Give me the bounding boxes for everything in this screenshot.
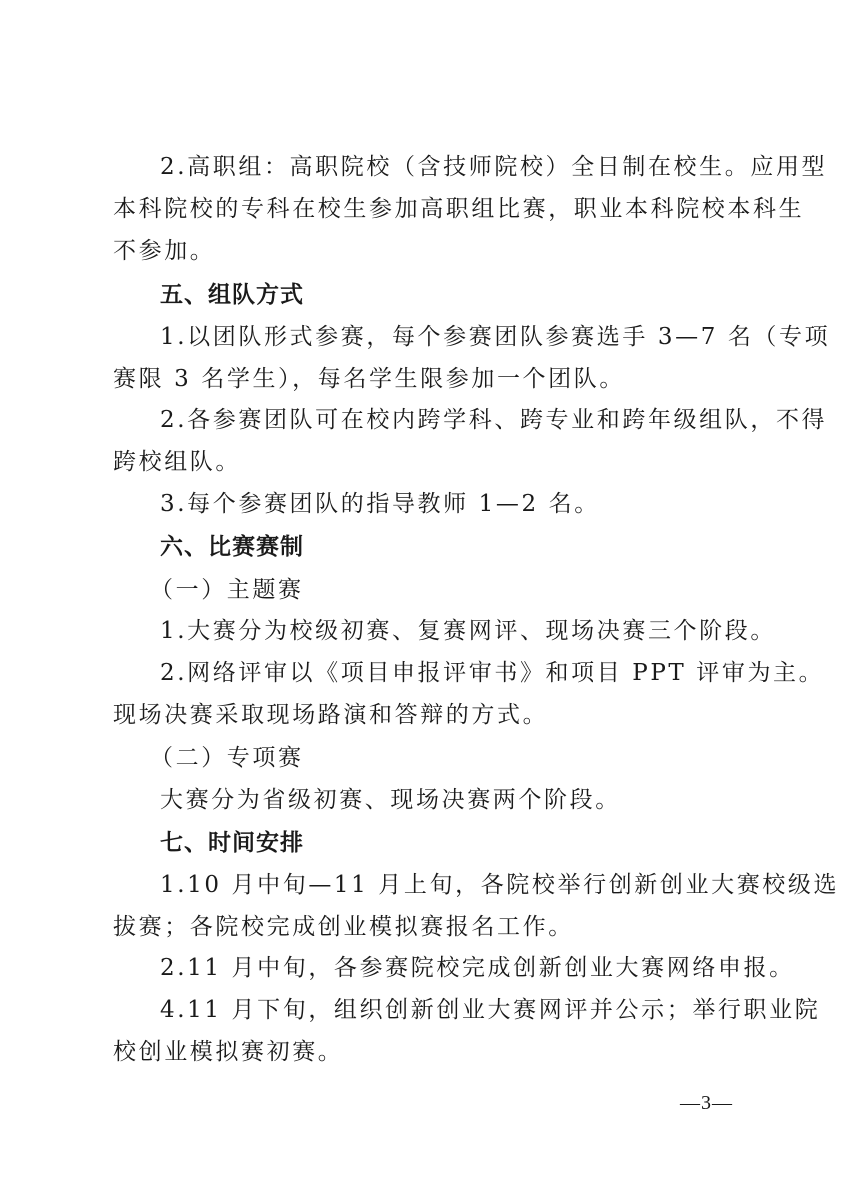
paragraph-line: 跨校组队。 — [113, 447, 743, 477]
page-number: —3— — [680, 1092, 733, 1115]
paragraph-line: 拔赛；各院校完成创业模拟赛报名工作。 — [113, 912, 743, 942]
paragraph-line: 4.11 月下旬，组织创新创业大赛网评并公示；举行职业院 — [160, 995, 740, 1025]
paragraph-line: 1.大赛分为校级初赛、复赛网评、现场决赛三个阶段。 — [160, 616, 740, 646]
section-heading: 五、组队方式 — [160, 280, 740, 310]
document-page: 2.高职组：高职院校（含技师院校）全日制在校生。应用型 本科院校的专科在校生参加… — [0, 0, 848, 1200]
paragraph-line: 1.以团队形式参赛，每个参赛团队参赛选手 3—7 名（专项 — [160, 322, 740, 352]
subsection-heading: （一）主题赛 — [150, 575, 780, 605]
paragraph-line: 本科院校的专科在校生参加高职组比赛，职业本科院校本科生 — [113, 194, 743, 224]
paragraph-line: 2.高职组：高职院校（含技师院校）全日制在校生。应用型 — [160, 152, 740, 182]
paragraph-line: 1.10 月中旬—11 月上旬，各院校举行创新创业大赛校级选 — [160, 870, 740, 900]
paragraph-line: 大赛分为省级初赛、现场决赛两个阶段。 — [160, 785, 740, 815]
paragraph-line: 不参加。 — [113, 236, 743, 266]
paragraph-line: 现场决赛采取现场路演和答辩的方式。 — [113, 700, 743, 730]
paragraph-line: 2.11 月中旬，各参赛院校完成创新创业大赛网络申报。 — [160, 953, 740, 983]
paragraph-line: 2.网络评审以《项目申报评审书》和项目 PPT 评审为主。 — [160, 658, 740, 688]
paragraph-line: 赛限 3 名学生），每名学生限参加一个团队。 — [113, 364, 743, 394]
paragraph-line: 校创业模拟赛初赛。 — [113, 1037, 743, 1067]
paragraph-line: 2.各参赛团队可在校内跨学科、跨专业和跨年级组队，不得 — [160, 405, 740, 435]
section-heading: 六、比赛赛制 — [160, 532, 740, 562]
paragraph-line: 3.每个参赛团队的指导教师 1—2 名。 — [160, 489, 740, 519]
subsection-heading: （二）专项赛 — [150, 743, 780, 773]
section-heading: 七、时间安排 — [160, 828, 740, 858]
